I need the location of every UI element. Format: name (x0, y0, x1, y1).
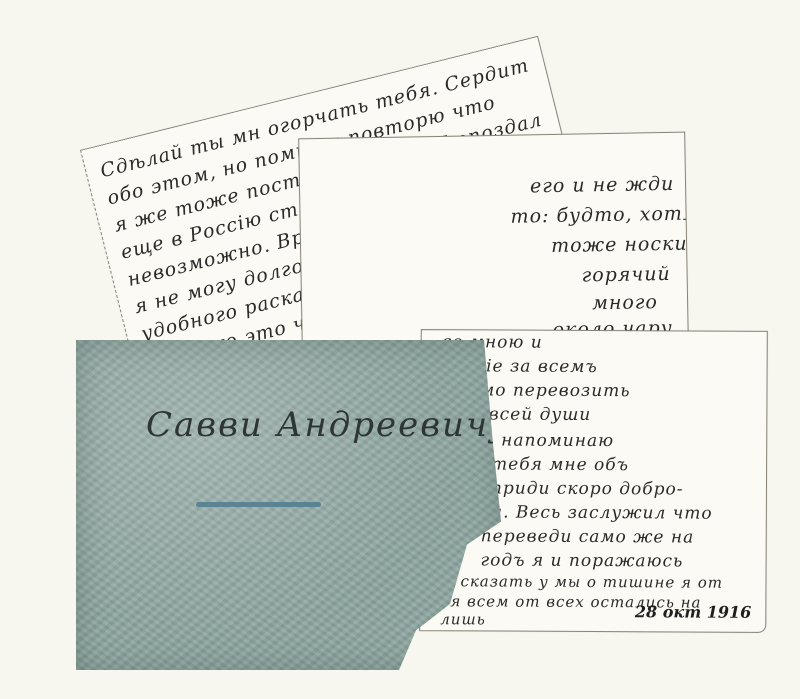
handwritten-line: сказать у мы о тишине я от (460, 572, 723, 591)
handwritten-line: тоже ноский (551, 232, 689, 257)
handwritten-line: горячий (581, 263, 670, 287)
handwritten-line: я. Весь заслужил что (491, 502, 713, 523)
handwritten-line: его и не жди (530, 173, 675, 198)
envelope-addressee: Савви Андреевичу (146, 405, 511, 445)
handwritten-line: много (592, 291, 658, 314)
handwritten-line: переведи само же на (481, 526, 695, 547)
handwritten-line: напоминаю (501, 431, 614, 452)
blue-pencil-mark (196, 502, 321, 507)
handwritten-line: то: будто, хотя я, (510, 202, 688, 228)
handwritten-line: приди скоро добро- (491, 478, 684, 499)
handwritten-line: лишь (440, 610, 486, 628)
letter-date: 28 окт 1916 (635, 602, 751, 622)
photo-scene: Сдѣлай ты мн огорчать тебя. Сердит обо э… (0, 0, 800, 699)
handwritten-line: годъ я и поражаюсь (481, 550, 684, 571)
handwritten-line: тебя мне объ (491, 454, 629, 475)
letter-sheet-middle: его и не жди то: будто, хотя я, тоже нос… (298, 132, 689, 351)
